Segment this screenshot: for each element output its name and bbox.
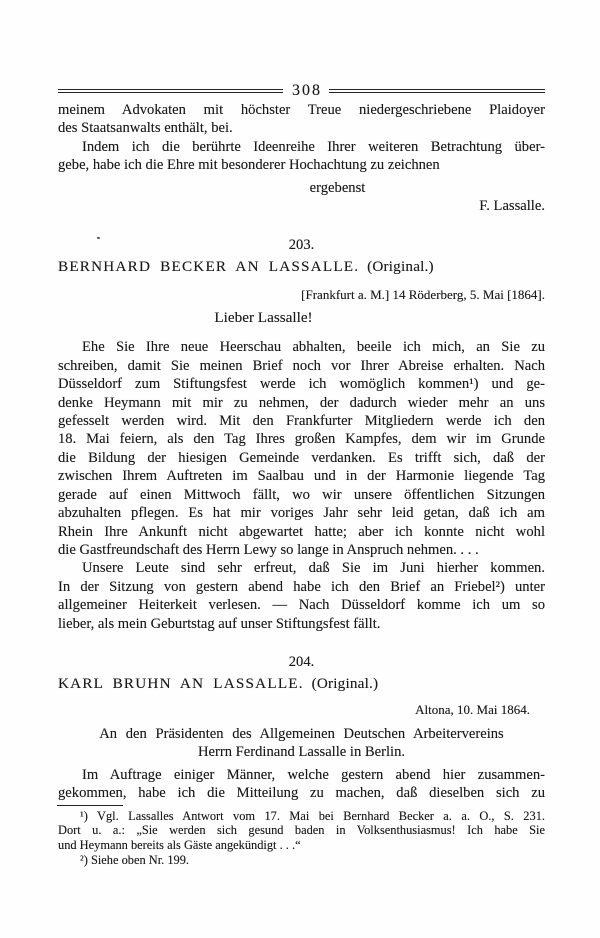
letter-heading-204: KARL BRUHN AN LASSALLE. (Original.) (58, 675, 545, 692)
address-line: An den Präsidenten des Allgemeinen Deuts… (58, 725, 545, 743)
text-line: gerade auf einen Mittwoch fällt, wo wir … (58, 486, 545, 504)
footnote-line: und Heymann bereits als Gäste angekündig… (58, 838, 545, 853)
header-rule-left (58, 89, 283, 94)
letter-body-paragraph: Ehe Sie Ihre neue Heerschau abhalten, be… (58, 338, 545, 559)
text-line: abzuhalten pflegen. Es hat mir voriges J… (58, 504, 545, 522)
text-line: die Bildung der hiesigen Gemeinde verdan… (58, 449, 545, 467)
text-line: schreiben, damit Sie meinen Brief noch v… (58, 357, 545, 375)
text-line: denke Heymann mit mir zu nehmen, der dad… (58, 394, 545, 412)
footnote-separator (57, 805, 123, 806)
text-line: In der Sitzung von gestern abend habe ic… (58, 578, 545, 596)
header-rule-right (329, 89, 545, 94)
letter-body-paragraph: Unsere Leute sind sehr erfreut, daß Sie … (58, 559, 545, 633)
letter-heading-names: BERNHARD BECKER AN LASSALLE. (58, 258, 359, 275)
letter-dateline-204: Altona, 10. Mai 1864. (58, 703, 545, 717)
book-page: 308 meinem Advokaten mit höchster Treue … (0, 0, 600, 938)
text-line: meinem Advokaten mit höchster Treue nied… (58, 101, 545, 119)
text-line: gekommen, habe ich die Mitteilung zu mac… (58, 784, 545, 802)
address-line: Herrn Ferdinand Lassalle in Berlin. (58, 743, 545, 761)
letter-number-203: 203. (58, 236, 545, 254)
page-header: 308 (58, 81, 545, 101)
text-line: Rhein Ihre Ankunft nicht abgewartet hatt… (58, 523, 545, 541)
page-number: 308 (283, 81, 329, 101)
text-line: zwischen Ihrem Auftreten im Saalbau und … (58, 467, 545, 485)
text-line: gefesselt werden wird. Mit den Frankfurt… (58, 412, 545, 430)
address-block: An den Präsidenten des Allgemeinen Deuts… (58, 725, 545, 762)
text-line: des Staatsanwalts enthält, bei. (58, 119, 545, 137)
footnote-line: ¹) Vgl. Lassalles Antwort vom 17. Mai be… (58, 809, 545, 824)
footnotes: ¹) Vgl. Lassalles Antwort vom 17. Mai be… (58, 809, 545, 868)
text-line: Indem ich die berührte Ideenreihe Ihrer … (58, 138, 545, 156)
letter-continuation-paragraph: meinem Advokaten mit höchster Treue nied… (58, 101, 545, 175)
letter-salutation-203: Lieber Lassalle! (58, 309, 545, 326)
letter-body-paragraph: Im Auftrage einiger Männer, welche geste… (58, 766, 545, 803)
valediction: ergebenst (58, 179, 545, 197)
letter-heading-203: BERNHARD BECKER AN LASSALLE. (Original.) (58, 258, 545, 275)
text-line: lieber, als mein Geburtstag auf unser St… (58, 615, 545, 633)
letter-number-204: 204. (58, 653, 545, 671)
letter-dateline-203: [Frankfurt a. M.] 14 Röderberg, 5. Mai [… (58, 288, 545, 302)
letter-heading-note: (Original.) (367, 258, 434, 275)
text-line: Ehe Sie Ihre neue Heerschau abhalten, be… (58, 338, 545, 356)
letter-heading-names: KARL BRUHN AN LASSALLE. (58, 675, 304, 692)
text-line: 18. Mai feiern, als den Tag Ihres großen… (58, 430, 545, 448)
footnote-line: Dort u. a.: „Sie werden sich gesund bade… (58, 823, 545, 838)
footnote-line: ²) Siehe oben Nr. 199. (58, 853, 545, 868)
signature: F. Lassalle. (58, 197, 545, 215)
text-line: Düsseldorf zum Stiftungsfest werde ich w… (58, 375, 545, 393)
text-line: allgemeiner Heiterkeit verlesen. — Nach … (58, 596, 545, 614)
text-line: Unsere Leute sind sehr erfreut, daß Sie … (58, 559, 545, 577)
text-line: gebe, habe ich die Ehre mit besonderer H… (58, 156, 545, 174)
letter-heading-note: (Original.) (312, 675, 379, 692)
text-line: Im Auftrage einiger Männer, welche geste… (58, 766, 545, 784)
text-line: die Gastfreundschaft des Herrn Lewy so l… (58, 541, 545, 559)
text-block: 308 meinem Advokaten mit höchster Treue … (58, 0, 545, 867)
